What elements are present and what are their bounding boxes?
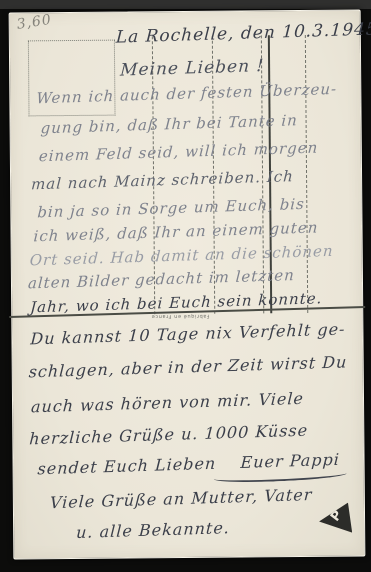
salutation: Meine Lieben ! <box>120 56 265 81</box>
message-line: alten Bilder gedacht im letzten <box>27 266 295 292</box>
brand-logo-letter: P <box>328 508 346 525</box>
message-line: Du kannst 10 Tage nix Verfehlt ge- <box>30 319 346 348</box>
postcard-back: 3,60 La Rochelle, den 10.3.1945 Meine Li… <box>9 9 366 559</box>
printed-note-upside-down: Fabriqué en France <box>140 313 220 320</box>
divider-dashed-line-4 <box>305 35 308 313</box>
pencil-price: 3,60 <box>16 12 53 33</box>
message-line: bin ja so in Sorge um Euch, bis <box>37 195 305 221</box>
dateline: La Rochelle, den 10.3.1945 <box>115 19 371 47</box>
message-line: ich weiß, daß Ihr an einem guten <box>33 218 319 245</box>
postcard-scan: 3,60 La Rochelle, den 10.3.1945 Meine Li… <box>0 0 371 572</box>
postscript-line: Viele Grüße an Mutter, Vater <box>49 485 313 512</box>
message-line: herzliche Grüße u. 1000 Küsse <box>29 421 309 449</box>
scan-frame-strip <box>0 0 371 9</box>
postscript-line: u. alle Bekannte. <box>76 518 231 542</box>
message-line: einem Feld seid, will ich morgen <box>38 138 318 165</box>
message-line: auch was hören von mir. Viele <box>31 389 305 417</box>
message-line: schlagen, aber in der Zeit wirst Du <box>28 352 348 381</box>
message-line: mal nach Mainz schreiben. Ich <box>31 167 295 193</box>
photo-paper-brand-logo: P <box>319 503 352 533</box>
